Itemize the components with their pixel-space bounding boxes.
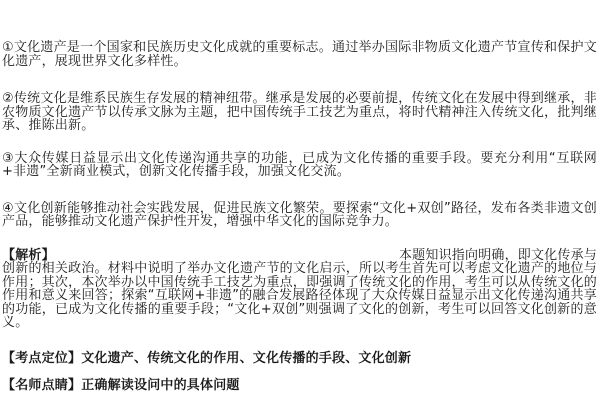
answer-point-3: ③大众传媒日益显示出文化传递沟通共享的功能，已成为文化传播的重要手段。要充分利用… xyxy=(2,152,597,179)
analysis-section: 【解析】 本题知识指向明确，即文化传承与 创新的相关政治。材料中说明了举办文化遗… xyxy=(2,249,597,330)
document-page: ①文化遗产是一个国家和民族历史文化成就的重要标志。通过举办国际非物质文化遗产节宣… xyxy=(0,0,600,400)
exam-points-text: 文化遗产、传统文化的作用、文化传播的手段、文化创新 xyxy=(81,351,411,366)
analysis-first-line-text: 本题知识指向明确，即文化传承与 xyxy=(399,249,597,263)
teacher-tip-label: 【名师点睛】 xyxy=(2,378,81,393)
answer-point-2: ②传统文化是维系民族生存发展的精神纽带。继承是发展的必要前提，传统文化在发展中得… xyxy=(2,92,597,133)
teacher-tip-line: 【名师点睛】正确解读设问中的具体问题 xyxy=(2,379,597,393)
teacher-tip-text: 正确解读设问中的具体问题 xyxy=(81,378,239,393)
analysis-body-text: 创新的相关政治。材料中说明了举办文化遗产节的文化启示，所以考生首先可以考虑文化遗… xyxy=(2,262,597,330)
answer-point-4: ④文化创新能够推动社会实践发展，促进民族文化繁荣。要探索“文化+双创”路径，发布… xyxy=(2,202,597,229)
analysis-label: 【解析】 xyxy=(2,249,55,263)
exam-points-label: 【考点定位】 xyxy=(2,351,81,366)
exam-points-line: 【考点定位】文化遗产、传统文化的作用、文化传播的手段、文化创新 xyxy=(2,352,597,366)
answer-point-1: ①文化遗产是一个国家和民族历史文化成就的重要标志。通过举办国际非物质文化遗产节宣… xyxy=(2,41,597,68)
analysis-first-line: 【解析】 本题知识指向明确，即文化传承与 xyxy=(2,249,597,263)
